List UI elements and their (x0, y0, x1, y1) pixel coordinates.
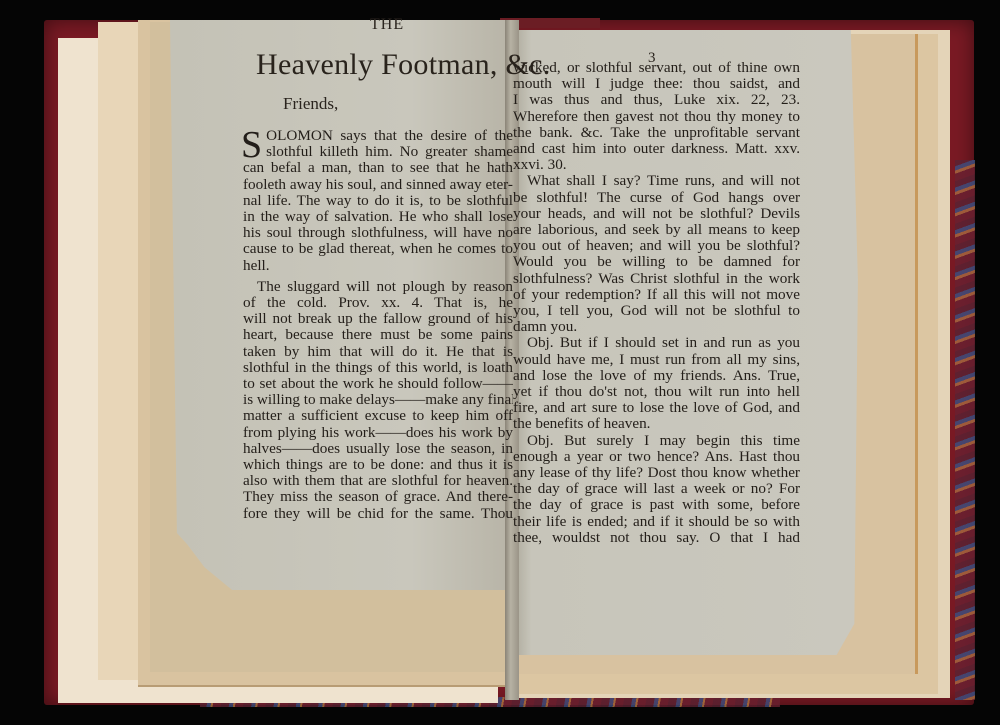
text-line: Obj. But surely I may begin this time (513, 433, 800, 449)
text-line: slothful in the things of this world, is… (243, 360, 513, 376)
text-line: The sluggard will not plough by reason (243, 279, 513, 295)
text-line: slothful killeth him. No greater shame (266, 144, 513, 160)
running-head: THE (370, 16, 404, 34)
text-line: They miss the season of grace. And there… (243, 489, 513, 505)
text-line: their life is ended; and if it should be… (513, 514, 800, 530)
text-line: damn you. (513, 319, 800, 335)
text-line: your heads, and will not be slothful? De… (513, 206, 800, 222)
salutation: Friends, (283, 94, 338, 114)
text-line: I was thus and thus, Luke xix. 22, 23. (513, 92, 800, 108)
text-line: of your redemption? If all this will not… (513, 287, 800, 303)
paragraph: S OLOMON says that the desire of the slo… (243, 128, 513, 274)
text-line: the bank. &c. Take the unprofitable serv… (513, 125, 800, 141)
text-line: the benefits of heaven. (513, 416, 800, 432)
text-line: enough a year or two hence? Ans. Hast th… (513, 449, 800, 465)
text-line: OLOMON says that the desire of the (266, 128, 513, 144)
text-line: any lease of thy life? Dost thou know wh… (513, 465, 800, 481)
right-page-body: wicked, or slothful servant, out of thin… (513, 60, 800, 546)
text-line: the day of grace will last a week or no?… (513, 481, 800, 497)
text-line: be slothful! The curse of God hangs over (513, 190, 800, 206)
text-line: his soul through slothfulness, will have… (243, 225, 513, 241)
text-line: you out of heaven; and will you be sloth… (513, 238, 800, 254)
text-line: to set about the work he should follow—— (243, 376, 513, 392)
text-line: fire, and art sure to lose the love of G… (513, 400, 800, 416)
text-line: you, I tell you, God will not be slothfu… (513, 303, 800, 319)
text-line: yet if thou do'st not, thou wilt run int… (513, 384, 800, 400)
text-line: halves——does usually lose the season, in (243, 441, 513, 457)
text-line: and lose the love of my friends. Ans. Tr… (513, 368, 800, 384)
text-line: would have me, I must run from all my si… (513, 352, 800, 368)
text-line: in the way of salvation. He who shall lo… (243, 209, 513, 225)
text-line: of the cold. Prov. xx. 4. That is, he (243, 295, 513, 311)
page-title: Heavenly Footman, &c. (256, 48, 551, 82)
text-line: matter a sufficient excuse to keep him o… (243, 408, 513, 424)
text-line: are laborious, and seek by all means to … (513, 222, 800, 238)
text-line: is willing to make delays——make any fina… (243, 392, 513, 408)
text-line: fore they will be chid for the same. Tho… (243, 506, 513, 522)
text-line: thee, wouldst not thou say. O that I had (513, 530, 800, 546)
text-line: hell. (243, 258, 513, 274)
paragraph: wicked, or slothful servant, out of thin… (513, 60, 800, 173)
text-line: wicked, or slothful servant, out of thin… (513, 60, 800, 76)
text-line: xxvi. 30. (513, 157, 800, 173)
text-line: cause to be glad thereat, when he comes … (243, 241, 513, 257)
text-line: Would you be willing to be damned for (513, 254, 800, 270)
text-line: taken by him that will do it. He that is (243, 344, 513, 360)
text-line: heart, because there must be some pains (243, 327, 513, 343)
text-line: and cast him into outer darkness. Matt. … (513, 141, 800, 157)
text-line: What shall I say? Time runs, and will no… (513, 173, 800, 189)
text-line: from plying his work——does his work by (243, 425, 513, 441)
text-line: nal life. The way to do it is, to be slo… (243, 193, 513, 209)
paragraph: What shall I say? Time runs, and will no… (513, 173, 800, 335)
text-line: mouth will I judge thee: thou saidst, an… (513, 76, 800, 92)
drop-cap: S (241, 130, 262, 160)
text-line: can befal a man, than to see that he hat… (243, 160, 513, 176)
left-page-body: S OLOMON says that the desire of the slo… (243, 128, 513, 522)
text-line: also with them that are slothful for hea… (243, 473, 513, 489)
paragraph: The sluggard will not plough by reason o… (243, 279, 513, 522)
text-line: the day of grace is past with some, befo… (513, 497, 800, 513)
paragraph: Obj. But surely I may begin this time en… (513, 433, 800, 546)
text-line: will not break up the fallow ground of h… (243, 311, 513, 327)
paragraph: Obj. But if I should set in and run as y… (513, 335, 800, 432)
text-line: Obj. But if I should set in and run as y… (513, 335, 800, 351)
marbled-edge-right (955, 160, 975, 700)
text-line: Wherefore then gavest not thou thy money… (513, 109, 800, 125)
text-line: which things are to be done: and thus it… (243, 457, 513, 473)
text-line: fooleth away his soul, and sinned away e… (243, 177, 513, 193)
text-line: slothfulness? Was Christ slothful in the… (513, 271, 800, 287)
